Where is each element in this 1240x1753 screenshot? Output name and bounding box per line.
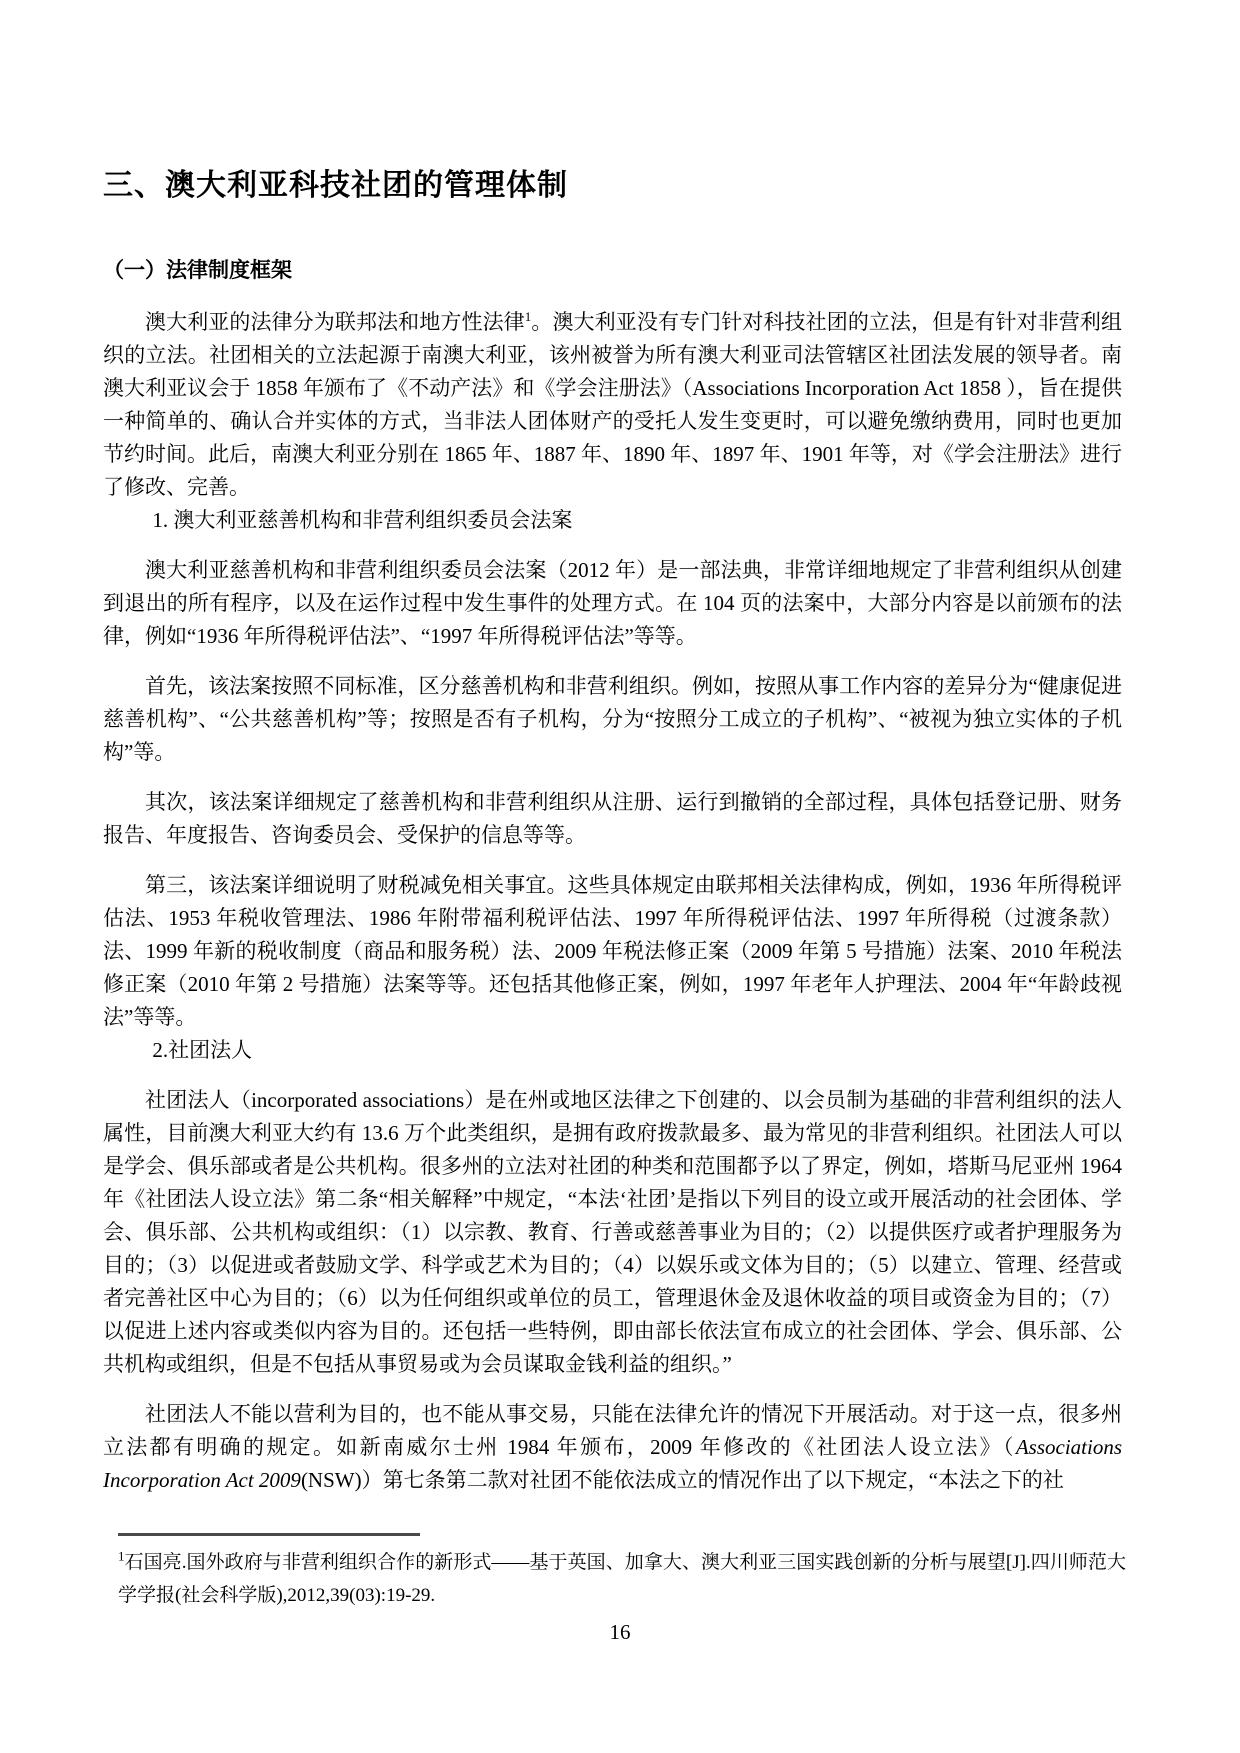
text-segment: 社团法人（incorporated associations）是在州或地区法律之…: [103, 1088, 1122, 1376]
numbered-item: 1. 澳大利亚慈善机构和非营利组织委员会法案: [103, 504, 1122, 537]
body-paragraph: 澳大利亚的法律分为联邦法和地方性法律1。澳大利亚没有专门针对科技社团的立法，但是…: [103, 306, 1122, 504]
text-segment: 其次，该法案详细规定了慈善机构和非营利组织从注册、运行到撤销的全部过程，具体包括…: [103, 790, 1122, 847]
body-paragraph: 社团法人（incorporated associations）是在州或地区法律之…: [103, 1084, 1122, 1381]
body-paragraph: 澳大利亚慈善机构和非营利组织委员会法案（2012 年）是一部法典，非常详细地规定…: [103, 554, 1122, 653]
text-segment: 社团法人不能以营利为目的，也不能从事交易，只能在法律允许的情况下开展活动。对于这…: [103, 1402, 1122, 1459]
footnote-separator: [118, 1533, 420, 1536]
footnote-area: 1石国亮.国外政府与非营利组织合作的新形式——基于英国、加拿大、澳大利亚三国实践…: [118, 1533, 1126, 1612]
body-paragraph: 首先，该法案按照不同标准，区分慈善机构和非营利组织。例如，按照从事工作内容的差异…: [103, 670, 1122, 769]
page-title: 三、澳大利亚科技社团的管理体制: [103, 160, 1122, 204]
body-paragraph: 其次，该法案详细规定了慈善机构和非营利组织从注册、运行到撤销的全部过程，具体包括…: [103, 786, 1122, 852]
section-subheading: （一）法律制度框架: [103, 254, 1122, 284]
text-segment: 2.社团法人: [152, 1038, 252, 1062]
page-content: 三、澳大利亚科技社团的管理体制 （一）法律制度框架 澳大利亚的法律分为联邦法和地…: [103, 0, 1122, 1497]
text-segment: 石国亮.国外政府与非营利组织合作的新形式——基于英国、加拿大、澳大利亚三国实践创…: [118, 1552, 1126, 1606]
numbered-item: 2.社团法人: [103, 1034, 1122, 1067]
text-segment: 首先，该法案按照不同标准，区分慈善机构和非营利组织。例如，按照从事工作内容的差异…: [103, 674, 1122, 764]
text-segment: 。澳大利亚没有专门针对科技社团的立法，但是有针对非营利组织的立法。社团相关的立法…: [103, 310, 1122, 499]
document-page: 三、澳大利亚科技社团的管理体制 （一）法律制度框架 澳大利亚的法律分为联邦法和地…: [0, 0, 1240, 1753]
text-segment: 澳大利亚慈善机构和非营利组织委员会法案（2012 年）是一部法典，非常详细地规定…: [103, 558, 1122, 648]
page-number: 16: [0, 1620, 1240, 1645]
footnote-text: 1石国亮.国外政府与非营利组织合作的新形式——基于英国、加拿大、澳大利亚三国实践…: [118, 1546, 1126, 1612]
document-body: 澳大利亚的法律分为联邦法和地方性法律1。澳大利亚没有专门针对科技社团的立法，但是…: [103, 306, 1122, 1497]
text-segment: 澳大利亚的法律分为联邦法和地方性法律: [145, 310, 525, 334]
body-paragraph: 社团法人不能以营利为目的，也不能从事交易，只能在法律允许的情况下开展活动。对于这…: [103, 1398, 1122, 1497]
text-segment: 1. 澳大利亚慈善机构和非营利组织委员会法案: [152, 508, 572, 532]
body-paragraph: 第三，该法案详细说明了财税减免相关事宜。这些具体规定由联邦相关法律构成，例如，1…: [103, 869, 1122, 1034]
text-segment: (NSW)）第七条第二款对社团不能依法成立的情况作出了以下规定，“本法之下的社: [301, 1468, 1064, 1492]
text-segment: 第三，该法案详细说明了财税减免相关事宜。这些具体规定由联邦相关法律构成，例如，1…: [103, 873, 1122, 1029]
